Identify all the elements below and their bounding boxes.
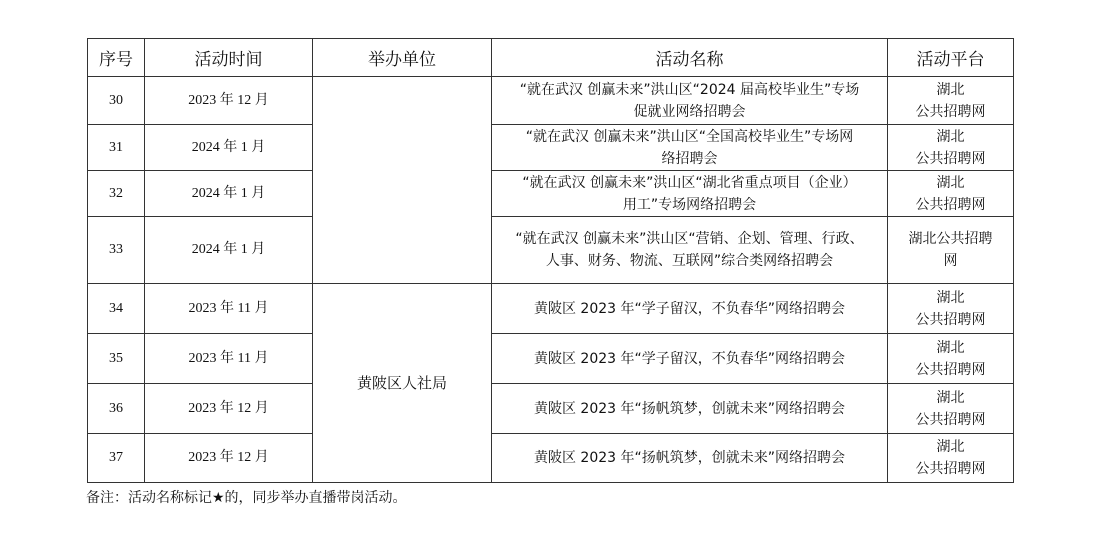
platform-line2: 公共招聘网 bbox=[892, 194, 1009, 216]
row-index: 33 bbox=[88, 217, 145, 284]
row-platform: 湖北 公共招聘网 bbox=[888, 334, 1014, 384]
platform-line1: 湖北公共招聘 bbox=[892, 228, 1009, 250]
row-index: 30 bbox=[88, 77, 145, 125]
row-platform: 湖北 公共招聘网 bbox=[888, 77, 1014, 125]
table-row: 36 2023 年 12 月 黄陂区 2023 年“扬帆筑梦，创就未来”网络招聘… bbox=[88, 384, 1014, 434]
platform-line2: 公共招聘网 bbox=[892, 309, 1009, 331]
platform-line1: 湖北 bbox=[892, 172, 1009, 194]
platform-line2: 公共招聘网 bbox=[892, 101, 1009, 123]
row-platform: 湖北 公共招聘网 bbox=[888, 384, 1014, 434]
organizer-cell: 黄陂区人社局 bbox=[313, 284, 492, 483]
row-time: 2023 年 12 月 bbox=[145, 434, 313, 483]
platform-line2: 公共招聘网 bbox=[892, 409, 1009, 431]
row-index: 32 bbox=[88, 171, 145, 217]
row-time: 2023 年 12 月 bbox=[145, 77, 313, 125]
row-time: 2024 年 1 月 bbox=[145, 217, 313, 284]
activity-name-line1: “就在武汉 创赢未来”洪山区“营销、企划、管理、行政、 bbox=[496, 228, 883, 250]
row-platform: 湖北 公共招聘网 bbox=[888, 171, 1014, 217]
activity-name-line2: 人事、财务、物流、互联网”综合类网络招聘会 bbox=[496, 250, 883, 272]
row-activity-name: 黄陂区 2023 年“学子留汉，不负春华”网络招聘会 bbox=[492, 334, 888, 384]
activity-name-line1: “就在武汉 创赢未来”洪山区“全国高校毕业生”专场网 bbox=[496, 126, 883, 148]
table-row: 34 2023 年 11 月 黄陂区人社局 黄陂区 2023 年“学子留汉，不负… bbox=[88, 284, 1014, 334]
row-activity-name: “就在武汉 创赢未来”洪山区“全国高校毕业生”专场网 络招聘会 bbox=[492, 125, 888, 171]
platform-line1: 湖北 bbox=[892, 436, 1009, 458]
row-index: 31 bbox=[88, 125, 145, 171]
row-index: 36 bbox=[88, 384, 145, 434]
row-index: 35 bbox=[88, 334, 145, 384]
platform-line1: 湖北 bbox=[892, 287, 1009, 309]
table-row: 30 2023 年 12 月 “就在武汉 创赢未来”洪山区“2024 届高校毕业… bbox=[88, 77, 1014, 125]
header-index: 序号 bbox=[88, 39, 145, 77]
row-time: 2024 年 1 月 bbox=[145, 171, 313, 217]
row-platform: 湖北 公共招聘网 bbox=[888, 434, 1014, 483]
row-platform: 湖北公共招聘 网 bbox=[888, 217, 1014, 284]
row-activity-name: 黄陂区 2023 年“扬帆筑梦，创就未来”网络招聘会 bbox=[492, 384, 888, 434]
row-time: 2024 年 1 月 bbox=[145, 125, 313, 171]
row-time: 2023 年 12 月 bbox=[145, 384, 313, 434]
table-footnote: 备注：活动名称标记★的，同步举办直播带岗活动。 bbox=[86, 487, 407, 507]
table-row: 37 2023 年 12 月 黄陂区 2023 年“扬帆筑梦，创就未来”网络招聘… bbox=[88, 434, 1014, 483]
header-platform: 活动平台 bbox=[888, 39, 1014, 77]
row-activity-name: “就在武汉 创赢未来”洪山区“2024 届高校毕业生”专场 促就业网络招聘会 bbox=[492, 77, 888, 125]
platform-line1: 湖北 bbox=[892, 387, 1009, 409]
row-time: 2023 年 11 月 bbox=[145, 334, 313, 384]
header-time: 活动时间 bbox=[145, 39, 313, 77]
row-activity-name: 黄陂区 2023 年“学子留汉，不负春华”网络招聘会 bbox=[492, 284, 888, 334]
row-index: 37 bbox=[88, 434, 145, 483]
header-name: 活动名称 bbox=[492, 39, 888, 77]
table-row: 35 2023 年 11 月 黄陂区 2023 年“学子留汉，不负春华”网络招聘… bbox=[88, 334, 1014, 384]
header-organizer: 举办单位 bbox=[313, 39, 492, 77]
row-activity-name: “就在武汉 创赢未来”洪山区“营销、企划、管理、行政、 人事、财务、物流、互联网… bbox=[492, 217, 888, 284]
table-header-row: 序号 活动时间 举办单位 活动名称 活动平台 bbox=[88, 39, 1014, 77]
platform-line1: 湖北 bbox=[892, 79, 1009, 101]
activity-name-line2: 络招聘会 bbox=[496, 148, 883, 170]
activity-name-line2: 用工”专场网络招聘会 bbox=[496, 194, 883, 216]
activity-name-line2: 促就业网络招聘会 bbox=[496, 101, 883, 123]
row-time: 2023 年 11 月 bbox=[145, 284, 313, 334]
job-fair-table: 序号 活动时间 举办单位 活动名称 活动平台 30 2023 年 12 月 “就… bbox=[87, 38, 1014, 483]
row-index: 34 bbox=[88, 284, 145, 334]
row-platform: 湖北 公共招聘网 bbox=[888, 125, 1014, 171]
row-platform: 湖北 公共招聘网 bbox=[888, 284, 1014, 334]
platform-line2: 网 bbox=[892, 250, 1009, 272]
table-row: 31 2024 年 1 月 “就在武汉 创赢未来”洪山区“全国高校毕业生”专场网… bbox=[88, 125, 1014, 171]
platform-line2: 公共招聘网 bbox=[892, 359, 1009, 381]
row-activity-name: “就在武汉 创赢未来”洪山区“湖北省重点项目（企业） 用工”专场网络招聘会 bbox=[492, 171, 888, 217]
row-activity-name: 黄陂区 2023 年“扬帆筑梦，创就未来”网络招聘会 bbox=[492, 434, 888, 483]
table-row: 33 2024 年 1 月 “就在武汉 创赢未来”洪山区“营销、企划、管理、行政… bbox=[88, 217, 1014, 284]
platform-line1: 湖北 bbox=[892, 337, 1009, 359]
platform-line1: 湖北 bbox=[892, 126, 1009, 148]
platform-line2: 公共招聘网 bbox=[892, 148, 1009, 170]
organizer-cell bbox=[313, 77, 492, 284]
activity-name-line1: “就在武汉 创赢未来”洪山区“湖北省重点项目（企业） bbox=[496, 172, 883, 194]
activity-name-line1: “就在武汉 创赢未来”洪山区“2024 届高校毕业生”专场 bbox=[496, 79, 883, 101]
table-row: 32 2024 年 1 月 “就在武汉 创赢未来”洪山区“湖北省重点项目（企业）… bbox=[88, 171, 1014, 217]
platform-line2: 公共招聘网 bbox=[892, 458, 1009, 480]
